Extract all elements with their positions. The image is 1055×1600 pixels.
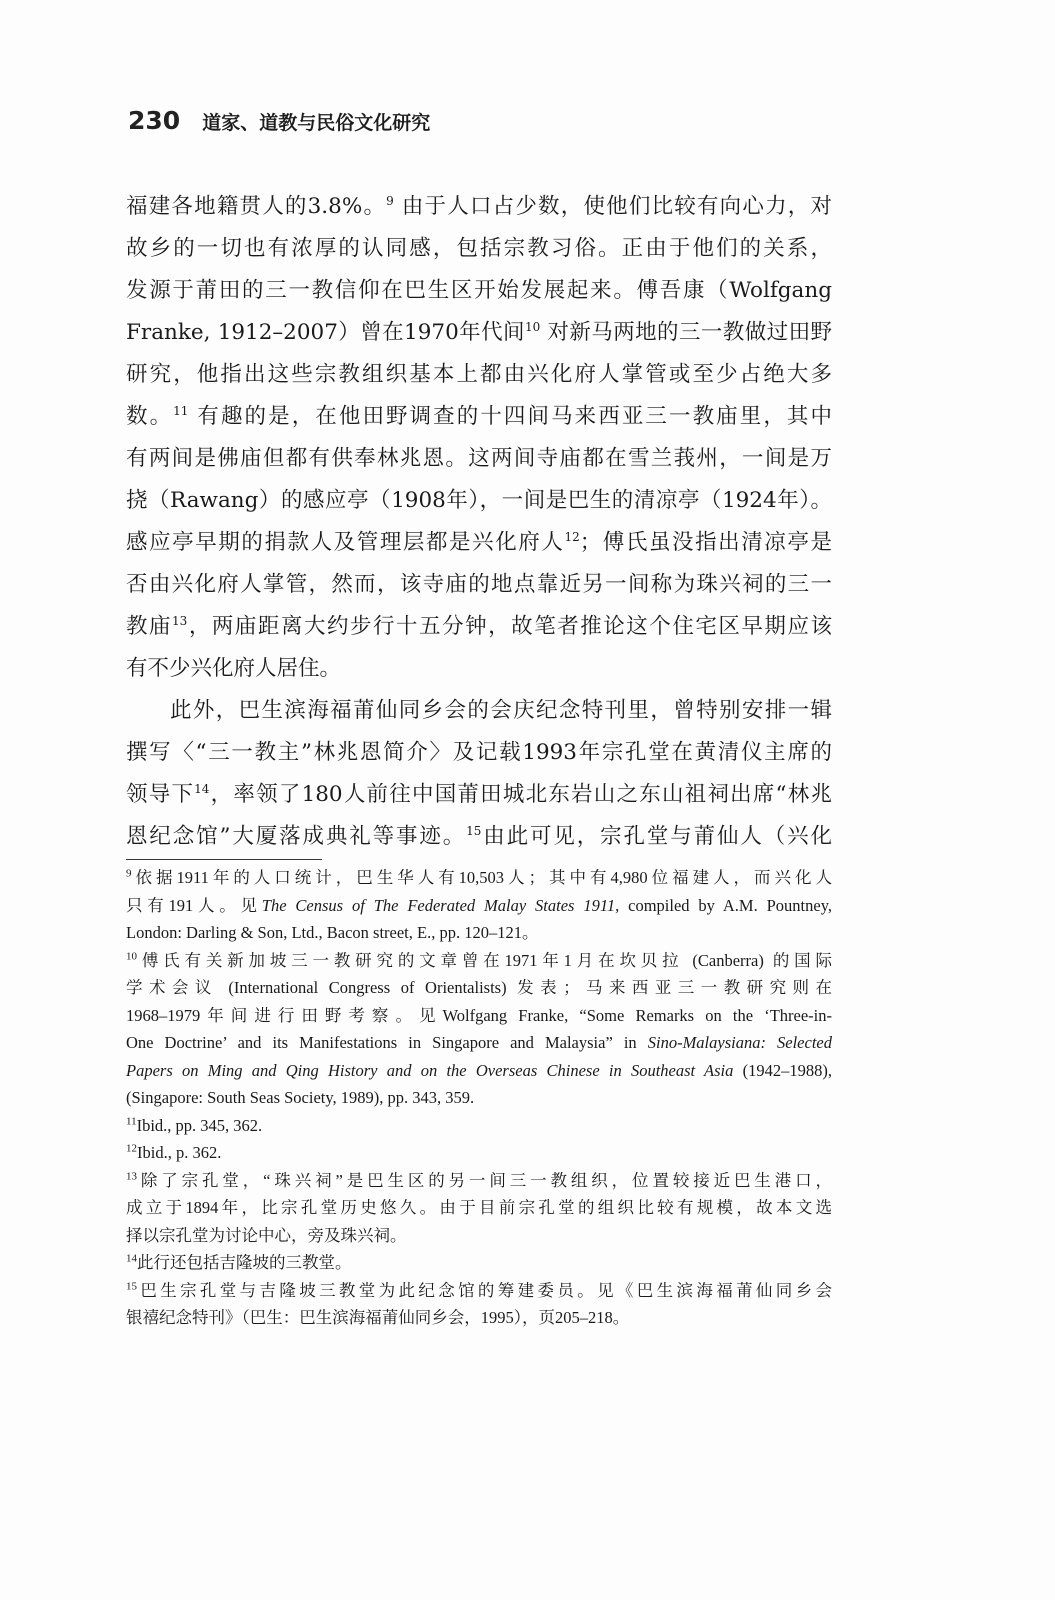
footnote-line: 学术会议 (International Congress of Oriental… bbox=[126, 974, 832, 1002]
footnote-number: 13 bbox=[126, 1170, 137, 1182]
footnote-line: 只有191人。见The Census of The Federated Mala… bbox=[126, 892, 832, 920]
footnote-line: 1968–1979年间进行田野考察。见Wolfgang Franke, “Som… bbox=[126, 1002, 832, 1030]
body-line: 数。11 有趣的是，在他田野调查的十四间马来西亚三一教庙里，其中 bbox=[126, 396, 832, 438]
footnote-line: 9依据1911年的人口统计，巴生华人有10,503人；其中有4,980位福建人，… bbox=[126, 864, 832, 892]
body-line: 领导下14，率领了180人前往中国莆田城北东岩山之东山祖祠出席“林兆 bbox=[126, 774, 832, 816]
body-line: 有不少兴化府人居住。 bbox=[126, 648, 832, 690]
footnote-number: 14 bbox=[126, 1253, 137, 1265]
footnote-ref[interactable]: 12 bbox=[564, 530, 579, 544]
footnote-line: Papers on Ming and Qing History and on t… bbox=[126, 1057, 832, 1085]
footnote-line: 13除了宗孔堂，“珠兴祠”是巴生区的另一间三一教组织，位置较接近巴生港口， bbox=[126, 1167, 832, 1195]
body-line: 故乡的一切也有浓厚的认同感，包括宗教习俗。正由于他们的关系， bbox=[126, 228, 832, 270]
footnote-number: 11 bbox=[126, 1115, 137, 1127]
running-head: 230 道家、道教与民俗文化研究 bbox=[128, 106, 430, 135]
footnote-line: London: Darling & Son, Ltd., Bacon stree… bbox=[126, 919, 832, 947]
footnote-number: 15 bbox=[126, 1280, 137, 1292]
footnote-line: One Doctrine’ and its Manifestations in … bbox=[126, 1029, 832, 1057]
book-page: 230 道家、道教与民俗文化研究 福建各地籍贯人的3.8%。9 由于人口占少数，… bbox=[0, 0, 1055, 1600]
body-line: 恩纪念馆”大厦落成典礼等事迹。15由此可见，宗孔堂与莆仙人（兴化 bbox=[126, 816, 832, 858]
footnote-ref[interactable]: 10 bbox=[525, 320, 540, 334]
footnote-ref[interactable]: 13 bbox=[172, 614, 187, 628]
body-text: 福建各地籍贯人的3.8%。9 由于人口占少数，使他们比较有向心力，对 故乡的一切… bbox=[126, 186, 832, 858]
footnote-number: 12 bbox=[126, 1143, 137, 1155]
footnote-divider bbox=[126, 859, 322, 860]
body-line: 撰写〈“三一教主”林兆恩简介〉及记载1993年宗孔堂在黄清仪主席的 bbox=[126, 732, 832, 774]
body-line: 感应亭早期的捐款人及管理层都是兴化府人12；傅氏虽没指出清凉亭是 bbox=[126, 522, 832, 564]
body-line: 否由兴化府人掌管，然而，该寺庙的地点靠近另一间称为珠兴祠的三一 bbox=[126, 564, 832, 606]
footnote-ref[interactable]: 9 bbox=[386, 194, 394, 208]
footnote-ref[interactable]: 11 bbox=[173, 404, 188, 418]
footnote-line: 银禧纪念特刊》（巴生：巴生滨海福莆仙同乡会，1995），页205–218。 bbox=[126, 1304, 832, 1332]
body-line: 研究，他指出这些宗教组织基本上都由兴化府人掌管或至少占绝大多 bbox=[126, 354, 832, 396]
footnotes: 9依据1911年的人口统计，巴生华人有10,503人；其中有4,980位福建人，… bbox=[126, 864, 832, 1332]
body-line: Franke, 1912–2007）曾在1970年代间10 对新马两地的三一教做… bbox=[126, 312, 832, 354]
body-line: 挠（Rawang）的感应亭（1908年），一间是巴生的清凉亭（1924年）。 bbox=[126, 480, 832, 522]
footnote-number: 10 bbox=[126, 950, 137, 962]
footnote-ref[interactable]: 14 bbox=[194, 782, 209, 796]
body-line: 福建各地籍贯人的3.8%。9 由于人口占少数，使他们比较有向心力，对 bbox=[126, 186, 832, 228]
footnote-line: 15巴生宗孔堂与吉隆坡三教堂为此纪念馆的筹建委员。见《巴生滨海福莆仙同乡会 bbox=[126, 1277, 832, 1305]
footnote-line: 12Ibid., p. 362. bbox=[126, 1139, 832, 1167]
running-title: 道家、道教与民俗文化研究 bbox=[202, 108, 430, 135]
footnote-line: 10傅氏有关新加坡三一教研究的文章曾在1971年1月在坎贝拉 (Canberra… bbox=[126, 947, 832, 975]
footnote-line: 11Ibid., pp. 345, 362. bbox=[126, 1112, 832, 1140]
footnote-ref[interactable]: 15 bbox=[466, 824, 481, 838]
body-line: 发源于莆田的三一教信仰在巴生区开始发展起来。傅吾康（Wolfgang bbox=[126, 270, 832, 312]
body-line: 有两间是佛庙但都有供奉林兆恩。这两间寺庙都在雪兰莪州，一间是万 bbox=[126, 438, 832, 480]
footnote-line: 14此行还包括吉隆坡的三教堂。 bbox=[126, 1249, 832, 1277]
page-number: 230 bbox=[128, 106, 180, 135]
body-line: 教庙13，两庙距离大约步行十五分钟，故笔者推论这个住宅区早期应该 bbox=[126, 606, 832, 648]
footnote-line: 择以宗孔堂为讨论中心，旁及珠兴祠。 bbox=[126, 1222, 832, 1250]
footnote-line: 成立于1894年，比宗孔堂历史悠久。由于目前宗孔堂的组织比较有规模，故本文选 bbox=[126, 1194, 832, 1222]
body-line-paragraph-start: 此外，巴生滨海福莆仙同乡会的会庆纪念特刊里，曾特别安排一辑 bbox=[126, 690, 832, 732]
footnote-line: (Singapore: South Seas Society, 1989), p… bbox=[126, 1084, 832, 1112]
